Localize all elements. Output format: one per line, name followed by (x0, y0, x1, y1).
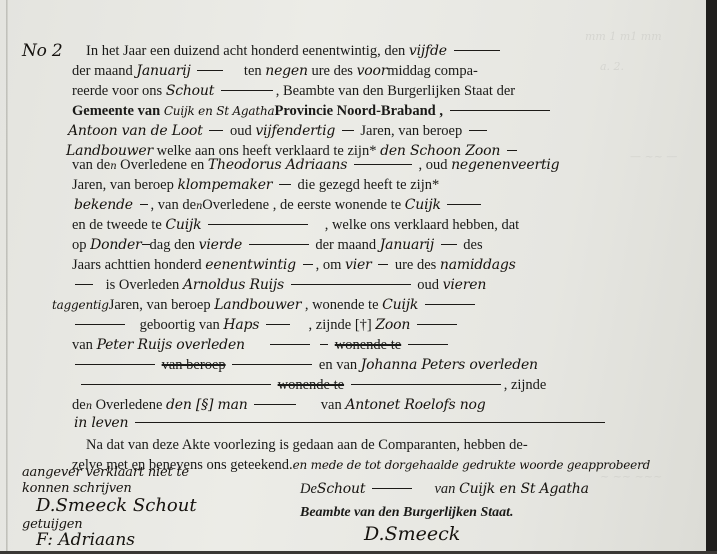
handwritten-day: vijfde (409, 43, 447, 59)
print-text: In het Jaar een duizend acht honderd een… (86, 43, 405, 59)
print-text: , zijnde [†] (309, 317, 372, 333)
fill-dash (425, 304, 475, 305)
official-title-line: DeSchout van Cuijk en St Agatha (300, 480, 589, 498)
handwritten-weekday: Donder (90, 237, 141, 253)
fill-dash (454, 50, 500, 51)
print-text: Overledene en (120, 157, 204, 173)
handwritten-hour: vier (345, 257, 372, 273)
text-line-18: wonende te , zijnde (78, 376, 546, 394)
handwritten-official-place: Cuijk en St Agatha (459, 481, 589, 497)
print-text: van (435, 481, 456, 497)
handwritten-deceased-name: Arnoldus Ruijs (183, 277, 284, 293)
fill-dash (447, 204, 481, 205)
print-text: ten (244, 63, 262, 79)
fill-dash (354, 164, 412, 165)
print-text: Na dat van deze Akte voorlezing is gedaa… (86, 437, 528, 453)
page-edge-shadow (706, 0, 717, 554)
print-text: van (72, 337, 93, 353)
print-text: is Overleden (106, 277, 180, 293)
handwritten-month: Januarij (380, 237, 434, 253)
handwritten-mark: n (110, 161, 116, 172)
print-text: van de (72, 157, 110, 173)
fill-dash (208, 224, 308, 225)
handwritten-residence: Cuijk (405, 197, 441, 213)
fill-dash (135, 422, 605, 423)
print-text: geboortig van (140, 317, 220, 333)
official-signature: D.Smeeck (364, 525, 460, 543)
text-line-8: Jaren, van beroep klompemaker die gezegd… (72, 176, 439, 194)
handwritten-month: Januarij (136, 63, 190, 79)
schout-signature-left: D.Smeeck Schout (36, 497, 197, 515)
print-text: , welke ons verklaard hebben, dat (325, 217, 519, 233)
print-text: De (300, 481, 317, 497)
official-role: Beambte van den Burgerlijken Staat. (300, 504, 514, 522)
fill-dash (266, 324, 290, 325)
print-text: Jaren, van beroep (72, 177, 174, 193)
handwritten-age: vijfendertig (255, 123, 335, 139)
fill-dash (209, 130, 223, 131)
print-text: Overledene (96, 397, 163, 413)
print-text: op (72, 237, 87, 253)
print-text: van (321, 397, 342, 413)
print-text: der maand (315, 237, 376, 253)
text-line-10: en de tweede te Cuijk , welke ons verkla… (72, 216, 519, 234)
text-line-21: Na dat van deze Akte voorlezing is gedaa… (86, 436, 528, 454)
print-text: Jaren, van beroep (109, 297, 211, 313)
fill-dash (303, 264, 313, 265)
print-text: oud (230, 123, 252, 139)
print-text: dag den (150, 237, 196, 253)
text-line-17: van beroep en van Johanna Peters overled… (72, 356, 538, 374)
text-line-11: op Donderdag den vierde der maand Januar… (72, 236, 483, 254)
fill-dash (270, 344, 310, 345)
handwritten-relation: bekende (74, 197, 133, 213)
fill-dash (232, 364, 312, 365)
handwritten-spouse: Antonet Roelofs nog (345, 397, 485, 413)
print-text: Provincie Noord-Braband , (274, 103, 443, 119)
fill-dash (140, 204, 148, 205)
handwritten-relation: Zoon (375, 317, 410, 333)
text-line-3: reerde voor ons Schout , Beambte van den… (72, 82, 515, 100)
page-fold-line (6, 0, 8, 551)
handwritten-status: in leven (74, 415, 128, 431)
handwritten-time-of-day: namiddags (440, 257, 516, 273)
handwritten-municipality: Cuijk en St Agatha (164, 104, 275, 118)
fill-dash (441, 244, 457, 245)
text-line-12: Jaars achttien honderd eenentwintig , om… (72, 256, 516, 274)
handwritten-official-title: Schout (317, 481, 365, 497)
print-text: , wonende te (305, 297, 379, 313)
text-line-19: den Overledene den [§] man van Antonet R… (72, 396, 486, 416)
fill-dash (291, 284, 411, 285)
fill-dash (320, 344, 328, 345)
print-text: Jaren, van beroep (360, 123, 462, 139)
print-text: de (72, 397, 86, 413)
text-line-16: van Peter Ruijs overleden wonende te (72, 336, 451, 354)
struck-print-text: wonende te (335, 337, 401, 353)
print-text: Overledene , de eerste wonende te (202, 197, 401, 213)
print-text: en de tweede te (72, 217, 162, 233)
text-line-7: van den Overledene en Theodorus Adriaans… (72, 156, 559, 176)
fill-dash (254, 404, 296, 405)
fill-dash (249, 244, 309, 245)
fill-dash (75, 324, 125, 325)
handwritten-witness-name: Theodorus Adriaans (208, 157, 347, 173)
act-number: No 2 (22, 42, 63, 60)
print-text: oud (417, 277, 439, 293)
text-line-14: taggentigJaren, van beroep Landbouwer , … (52, 296, 478, 314)
fill-dash (197, 70, 223, 71)
witness-signature: F: Adriaans (36, 531, 135, 549)
fill-dash (351, 384, 501, 385)
handwritten-birthplace: Haps (223, 317, 259, 333)
print-text: Gemeente van (72, 103, 160, 119)
handwritten-age: negenenveertig (451, 157, 559, 173)
fill-dash (372, 488, 412, 489)
handwritten-day: vierde (199, 237, 242, 253)
handwritten-time-of-day: voor (357, 63, 388, 79)
struck-print-text: van beroep (162, 357, 226, 373)
print-text: middag compa- (387, 63, 478, 79)
struck-print-text: wonende te (278, 377, 344, 393)
print-text: en van (319, 357, 357, 373)
print-text: , Beambte van den Burgerlijken Staat der (276, 83, 515, 99)
handwritten-official: Schout (166, 83, 214, 99)
handwritten-declarant-name: Antoon van de Loot (68, 123, 203, 139)
print-text: der maand (72, 63, 133, 79)
handwritten-year: eenentwintig (205, 257, 296, 273)
print-text: , van de (151, 197, 197, 213)
document-page: mm 1 m1 mm a. 2. — ~~ — ~ ~~ ~~~ No 2 In… (0, 0, 706, 551)
bleed-through-text: — ~~ — (630, 150, 677, 163)
print-text: die gezegd heeft te zijn* (298, 177, 440, 193)
fill-dash (408, 344, 448, 345)
fill-dash (221, 90, 273, 91)
print-text: , zijnde (504, 377, 547, 393)
bleed-through-text: a. 2. (600, 60, 624, 73)
handwritten-age: vieren (443, 277, 486, 293)
fill-dash (81, 384, 271, 385)
print-text: , om (316, 257, 342, 273)
text-line-13: is Overleden Arnoldus Ruijs oud vieren (72, 276, 486, 294)
text-line-4: Gemeente van Cuijk en St AgathaProvincie… (72, 102, 553, 120)
handwritten-residence: Cuijk (382, 297, 418, 313)
text-line-9: bekende , van denOverledene , de eerste … (74, 196, 484, 216)
fill-dash (378, 264, 388, 265)
handwritten-mark: n (86, 401, 92, 412)
handwritten-mother: Johanna Peters overleden (361, 357, 538, 373)
fill-dash (450, 110, 550, 111)
fill-dash (75, 364, 155, 365)
print-text: ure des (395, 257, 436, 273)
handwritten-occupation: Landbouwer (214, 297, 301, 313)
handwritten-relation: den [§] man (166, 397, 248, 413)
fill-dash (342, 130, 354, 131)
print-text: , oud (418, 157, 447, 173)
handwritten-father: Peter Ruijs overleden (97, 337, 245, 353)
handwritten-approval-note: en mede de tot dorgehaalde gedrukte woor… (293, 458, 650, 472)
text-line-5: Antoon van de Loot oud vijfendertig Jare… (68, 122, 490, 140)
fill-dash (142, 244, 150, 245)
text-line-20b: in leven (74, 414, 608, 432)
print-text: reerde voor ons (72, 83, 162, 99)
handwritten-residence: Cuijk (165, 217, 201, 233)
text-line-2: der maand Januarij ten negen ure des voo… (72, 62, 478, 80)
print-text: des (463, 237, 482, 253)
handwritten-age-cont: taggentig (52, 298, 109, 312)
fill-dash (279, 184, 291, 185)
handwritten-occupation: klompemaker (177, 177, 272, 193)
text-line-15: geboortig van Haps , zijnde [†] Zoon (72, 316, 460, 334)
fill-dash (507, 150, 517, 151)
text-line-1: In het Jaar een duizend acht honderd een… (86, 42, 503, 60)
fill-dash (417, 324, 457, 325)
handwritten-hour: negen (265, 63, 308, 79)
bleed-through-text: mm 1 m1 mm (585, 30, 662, 43)
print-text: ure des (311, 63, 352, 79)
print-text: Jaars achttien honderd (72, 257, 202, 273)
fill-dash (469, 130, 487, 131)
fill-dash (75, 284, 93, 285)
